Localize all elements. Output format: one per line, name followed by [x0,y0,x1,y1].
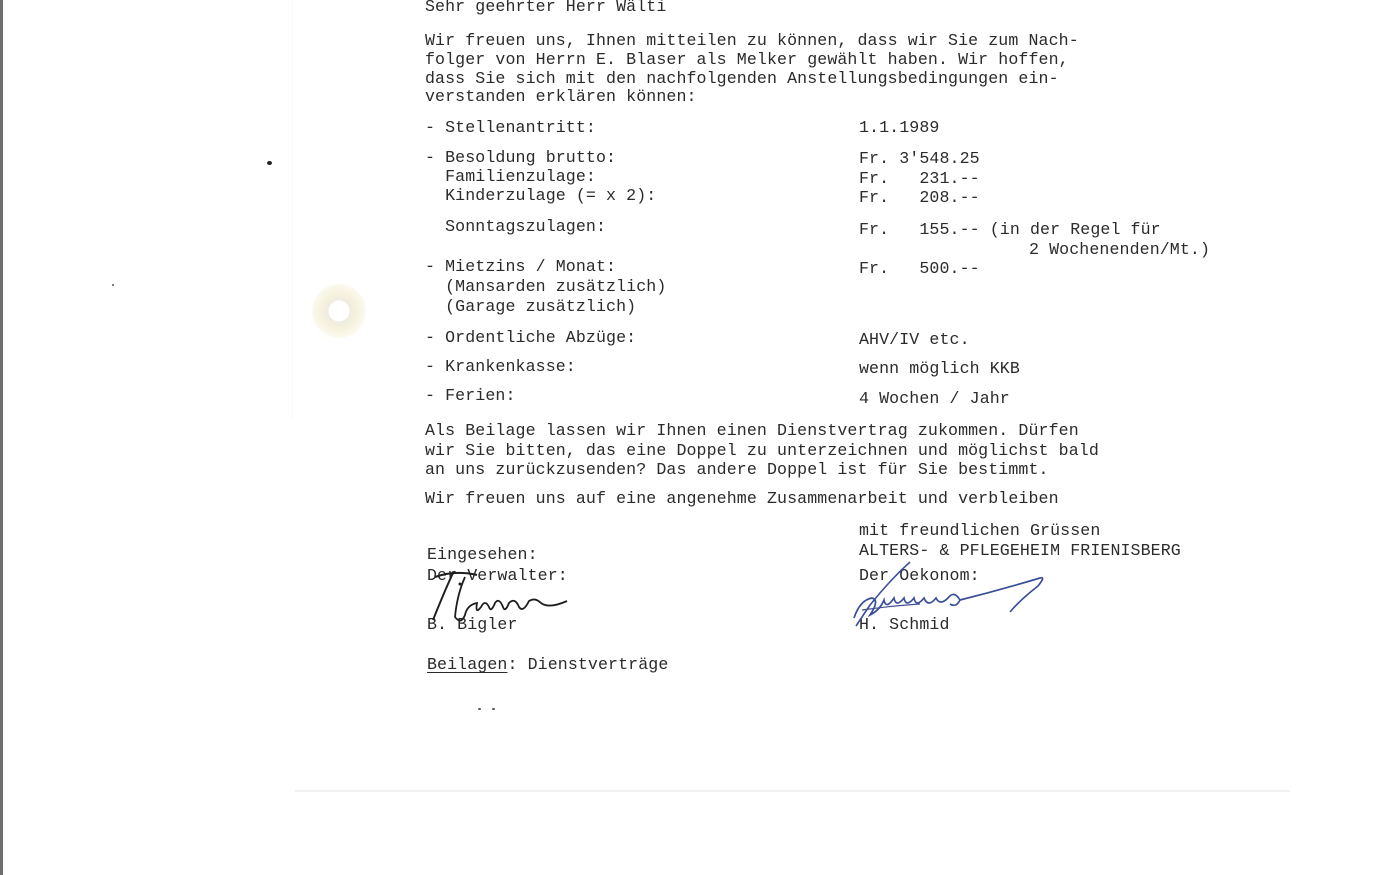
attachments-value: : Dienstverträge [507,655,668,674]
condition-value-child: Fr. 208.-- [859,188,980,208]
scan-left-edge [0,0,3,875]
scan-speck [478,708,481,710]
greeting: mit freundlichen Grüssen [859,521,1100,541]
intro-line: folger von Herrn E. Blaser als Melker ge… [425,50,1069,70]
paper-bottom-edge [295,790,1290,792]
closing-line: Wir freuen uns auf eine angenehme Zusamm… [425,489,1059,509]
condition-label-sunday: Sonntagszulagen: [425,217,606,237]
condition-label-family: Familienzulage: [425,167,596,187]
intro-line: dass Sie sich mit den nachfolgenden Anst… [425,69,1059,89]
condition-label-salary: - Besoldung brutto: [425,148,616,168]
punch-hole [311,283,367,339]
condition-note-rent: (Garage zusätzlich) [425,297,636,317]
condition-label-rent: - Mietzins / Monat: [425,257,616,277]
attachments-label: Beilagen [427,655,507,674]
condition-label-start: - Stellenantritt: [425,118,596,138]
condition-label-child: Kinderzulage (= x 2): [425,186,656,206]
signature-schmid-icon [850,560,1050,635]
institution-name: ALTERS- & PFLEGEHEIM FRIENISBERG [859,541,1181,561]
condition-value-rent: Fr. 500.-- [859,259,980,279]
seen-label: Eingesehen: [427,545,538,565]
enclosure-line: wir Sie bitten, das eine Doppel zu unter… [425,441,1099,461]
condition-value-deductions: AHV/IV etc. [859,330,970,350]
condition-label-deductions: - Ordentliche Abzüge: [425,328,636,348]
condition-value-sunday: Fr. 155.-- (in der Regel für [859,220,1161,240]
condition-value-start: 1.1.1989 [859,118,939,138]
scan-speck [492,708,495,710]
scan-speck [267,161,272,165]
intro-line: verstanden erklären können: [425,87,697,107]
intro-line: Wir freuen uns, Ihnen mitteilen zu könne… [425,31,1079,51]
condition-label-vacation: - Ferien: [425,386,516,406]
condition-label-insurance: - Krankenkasse: [425,357,576,377]
scan-speck [112,284,114,286]
condition-value-salary: Fr. 3'548.25 [859,149,980,169]
attachments: Beilagen: Dienstverträge [427,655,668,675]
condition-note-sunday: 2 Wochenenden/Mt.) [1029,240,1210,260]
enclosure-line: an uns zurückzusenden? Das andere Doppel… [425,460,1049,480]
enclosure-line: Als Beilage lassen wir Ihnen einen Diens… [425,421,1079,441]
salutation: Sehr geehrter Herr Wälti [425,0,666,17]
condition-value-insurance: wenn möglich KKB [859,359,1020,379]
condition-note-rent: (Mansarden zusätzlich) [425,277,666,297]
condition-value-family: Fr. 231.-- [859,169,980,189]
condition-value-vacation: 4 Wochen / Jahr [859,389,1010,409]
signature-bigler-icon [425,565,585,635]
